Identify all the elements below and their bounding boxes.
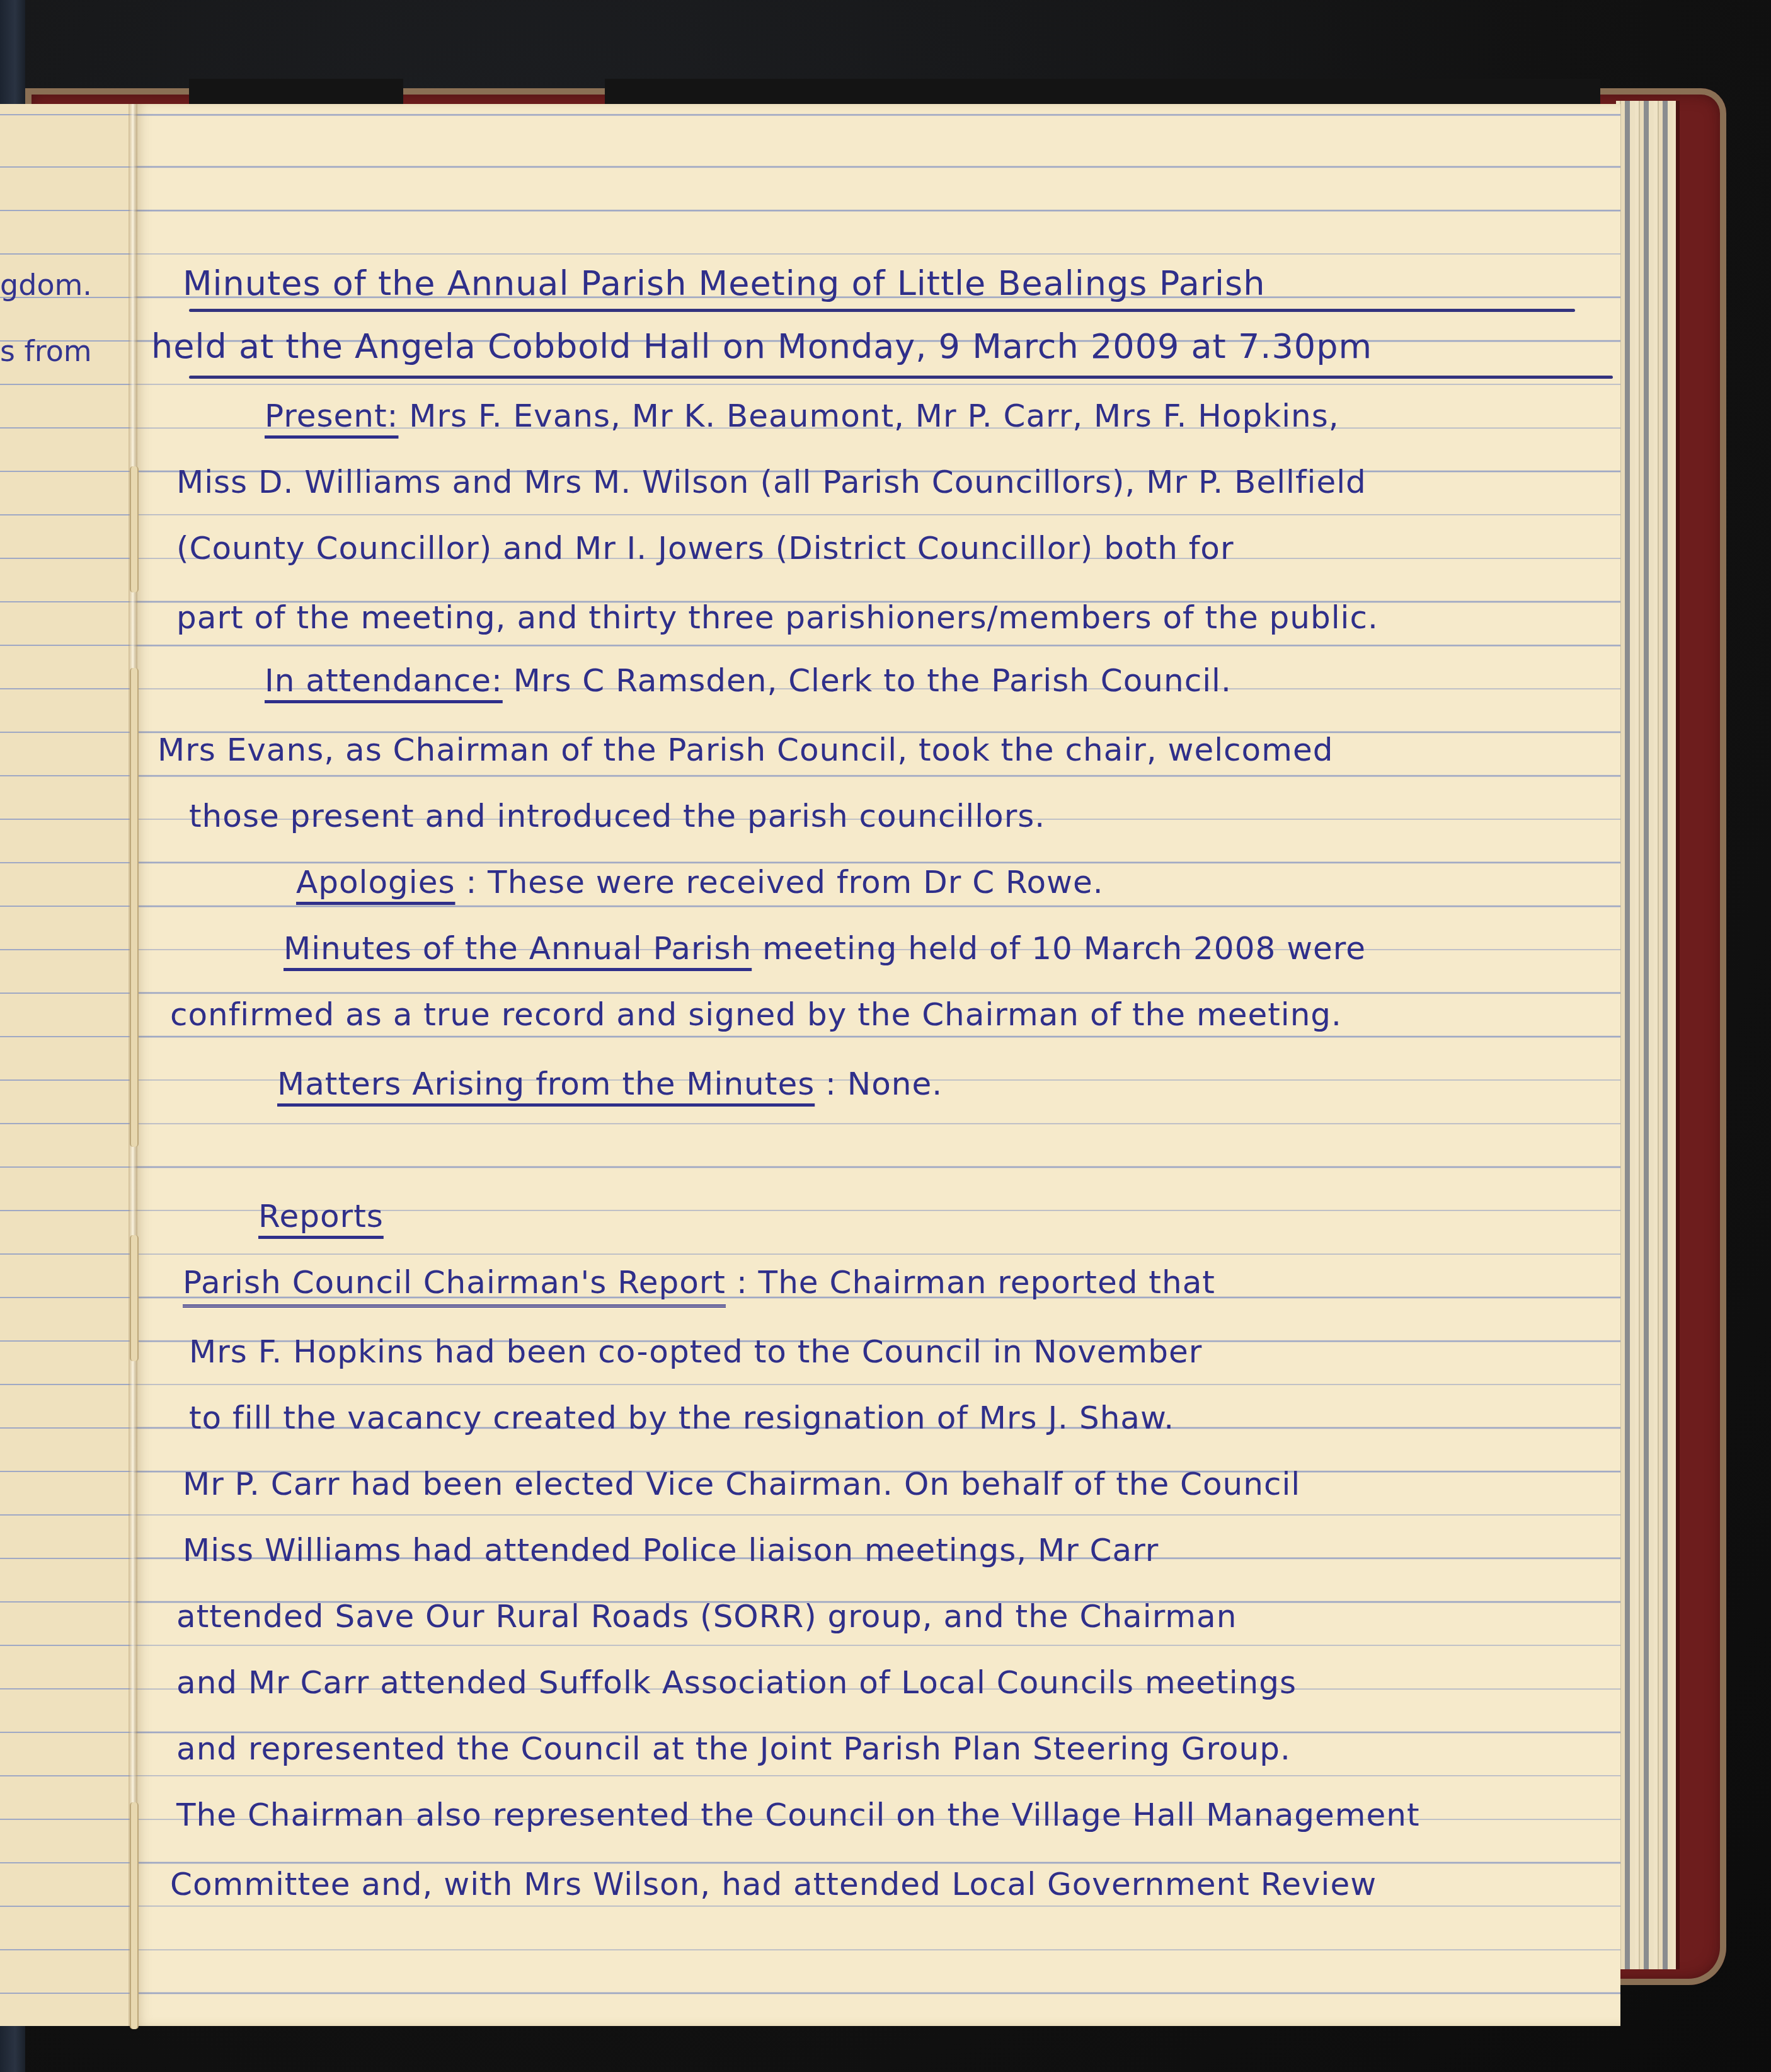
reports-heading: Reports [258,1197,384,1235]
apologies-line: Apologies : These were received from Dr … [296,863,1104,901]
cover-tear [189,79,403,104]
chairmans-report-line: Mr P. Carr had been elected Vice Chairma… [183,1465,1300,1503]
apologies-label: Apologies [296,864,455,901]
chairmans-report-line: attended Save Our Rural Roads (SORR) gro… [176,1597,1237,1635]
previous-minutes-text: meeting held of 10 March 2008 were [752,930,1366,967]
opening-line-2: those present and introduced the parish … [189,797,1045,835]
present-line-1: Present: Mrs F. Evans, Mr K. Beaumont, M… [265,397,1339,435]
left-page: gdom. s from [0,104,134,2026]
minutes-title-line-1: Minutes of the Annual Parish Meeting of … [183,265,1265,302]
chairmans-report-line: Mrs F. Hopkins had been co-opted to the … [189,1333,1202,1371]
present-line-2: Miss D. Williams and Mrs M. Wilson (all … [176,463,1367,501]
in-attendance-text: Mrs C Ramsden, Clerk to the Parish Counc… [513,662,1232,699]
chairmans-report-line: Miss Williams had attended Police liaiso… [183,1531,1159,1569]
chairmans-report-text: : The Chairman reported that [736,1264,1215,1301]
present-label: Present: [265,398,398,434]
present-text: Mrs F. Evans, Mr K. Beaumont, Mr P. Carr… [409,398,1339,434]
title-underline [189,309,1575,312]
binding-stitch [130,1802,139,2029]
in-attendance-line: In attendance: Mrs C Ramsden, Clerk to t… [265,662,1232,699]
present-line-3: (County Councillor) and Mr I. Jowers (Di… [176,529,1234,567]
minutes-title-line-2: held at the Angela Cobbold Hall on Monda… [151,328,1372,365]
chairmans-report-line: The Chairman also represented the Counci… [176,1796,1420,1834]
page-block-edge [1616,101,1680,1969]
scanned-notebook-spread: gdom. s from Minutes of the Annual Paris… [0,0,1771,2072]
present-line-4: part of the meeting, and thirty three pa… [176,599,1378,636]
matters-arising-label: Matters Arising from the Minutes [277,1066,815,1102]
reports-heading-text: Reports [258,1198,384,1235]
binding-stitch [130,1235,139,1361]
chairmans-report-line-1: Parish Council Chairman's Report : The C… [183,1263,1215,1301]
chairmans-report-line: and Mr Carr attended Suffolk Association… [176,1664,1297,1701]
chairmans-report-line: and represented the Council at the Joint… [176,1730,1291,1768]
apologies-text: : These were received from Dr C Rowe. [466,864,1103,901]
in-attendance-label: In attendance: [265,662,503,699]
chairmans-report-line: Committee and, with Mrs Wilson, had atte… [170,1865,1377,1903]
matters-arising-text: : None. [825,1066,943,1102]
matters-arising-line: Matters Arising from the Minutes : None. [277,1065,943,1103]
opening-line-1: Mrs Evans, as Chairman of the Parish Cou… [158,731,1333,769]
title-underline [189,376,1613,379]
previous-minutes-line-2: confirmed as a true record and signed by… [170,996,1342,1033]
previous-minutes-label: Minutes of the Annual Parish [284,930,752,967]
cover-tear [605,79,1600,104]
previous-minutes-line-1: Minutes of the Annual Parish meeting hel… [284,930,1366,967]
chairmans-report-label: Parish Council Chairman's Report [183,1264,726,1308]
binding-stitch [130,668,139,1147]
left-page-fragment: s from [0,334,92,368]
binding-stitch [130,466,139,592]
chairmans-report-line: to fill the vacancy created by the resig… [189,1399,1174,1437]
left-page-fragment: gdom. [0,268,92,302]
